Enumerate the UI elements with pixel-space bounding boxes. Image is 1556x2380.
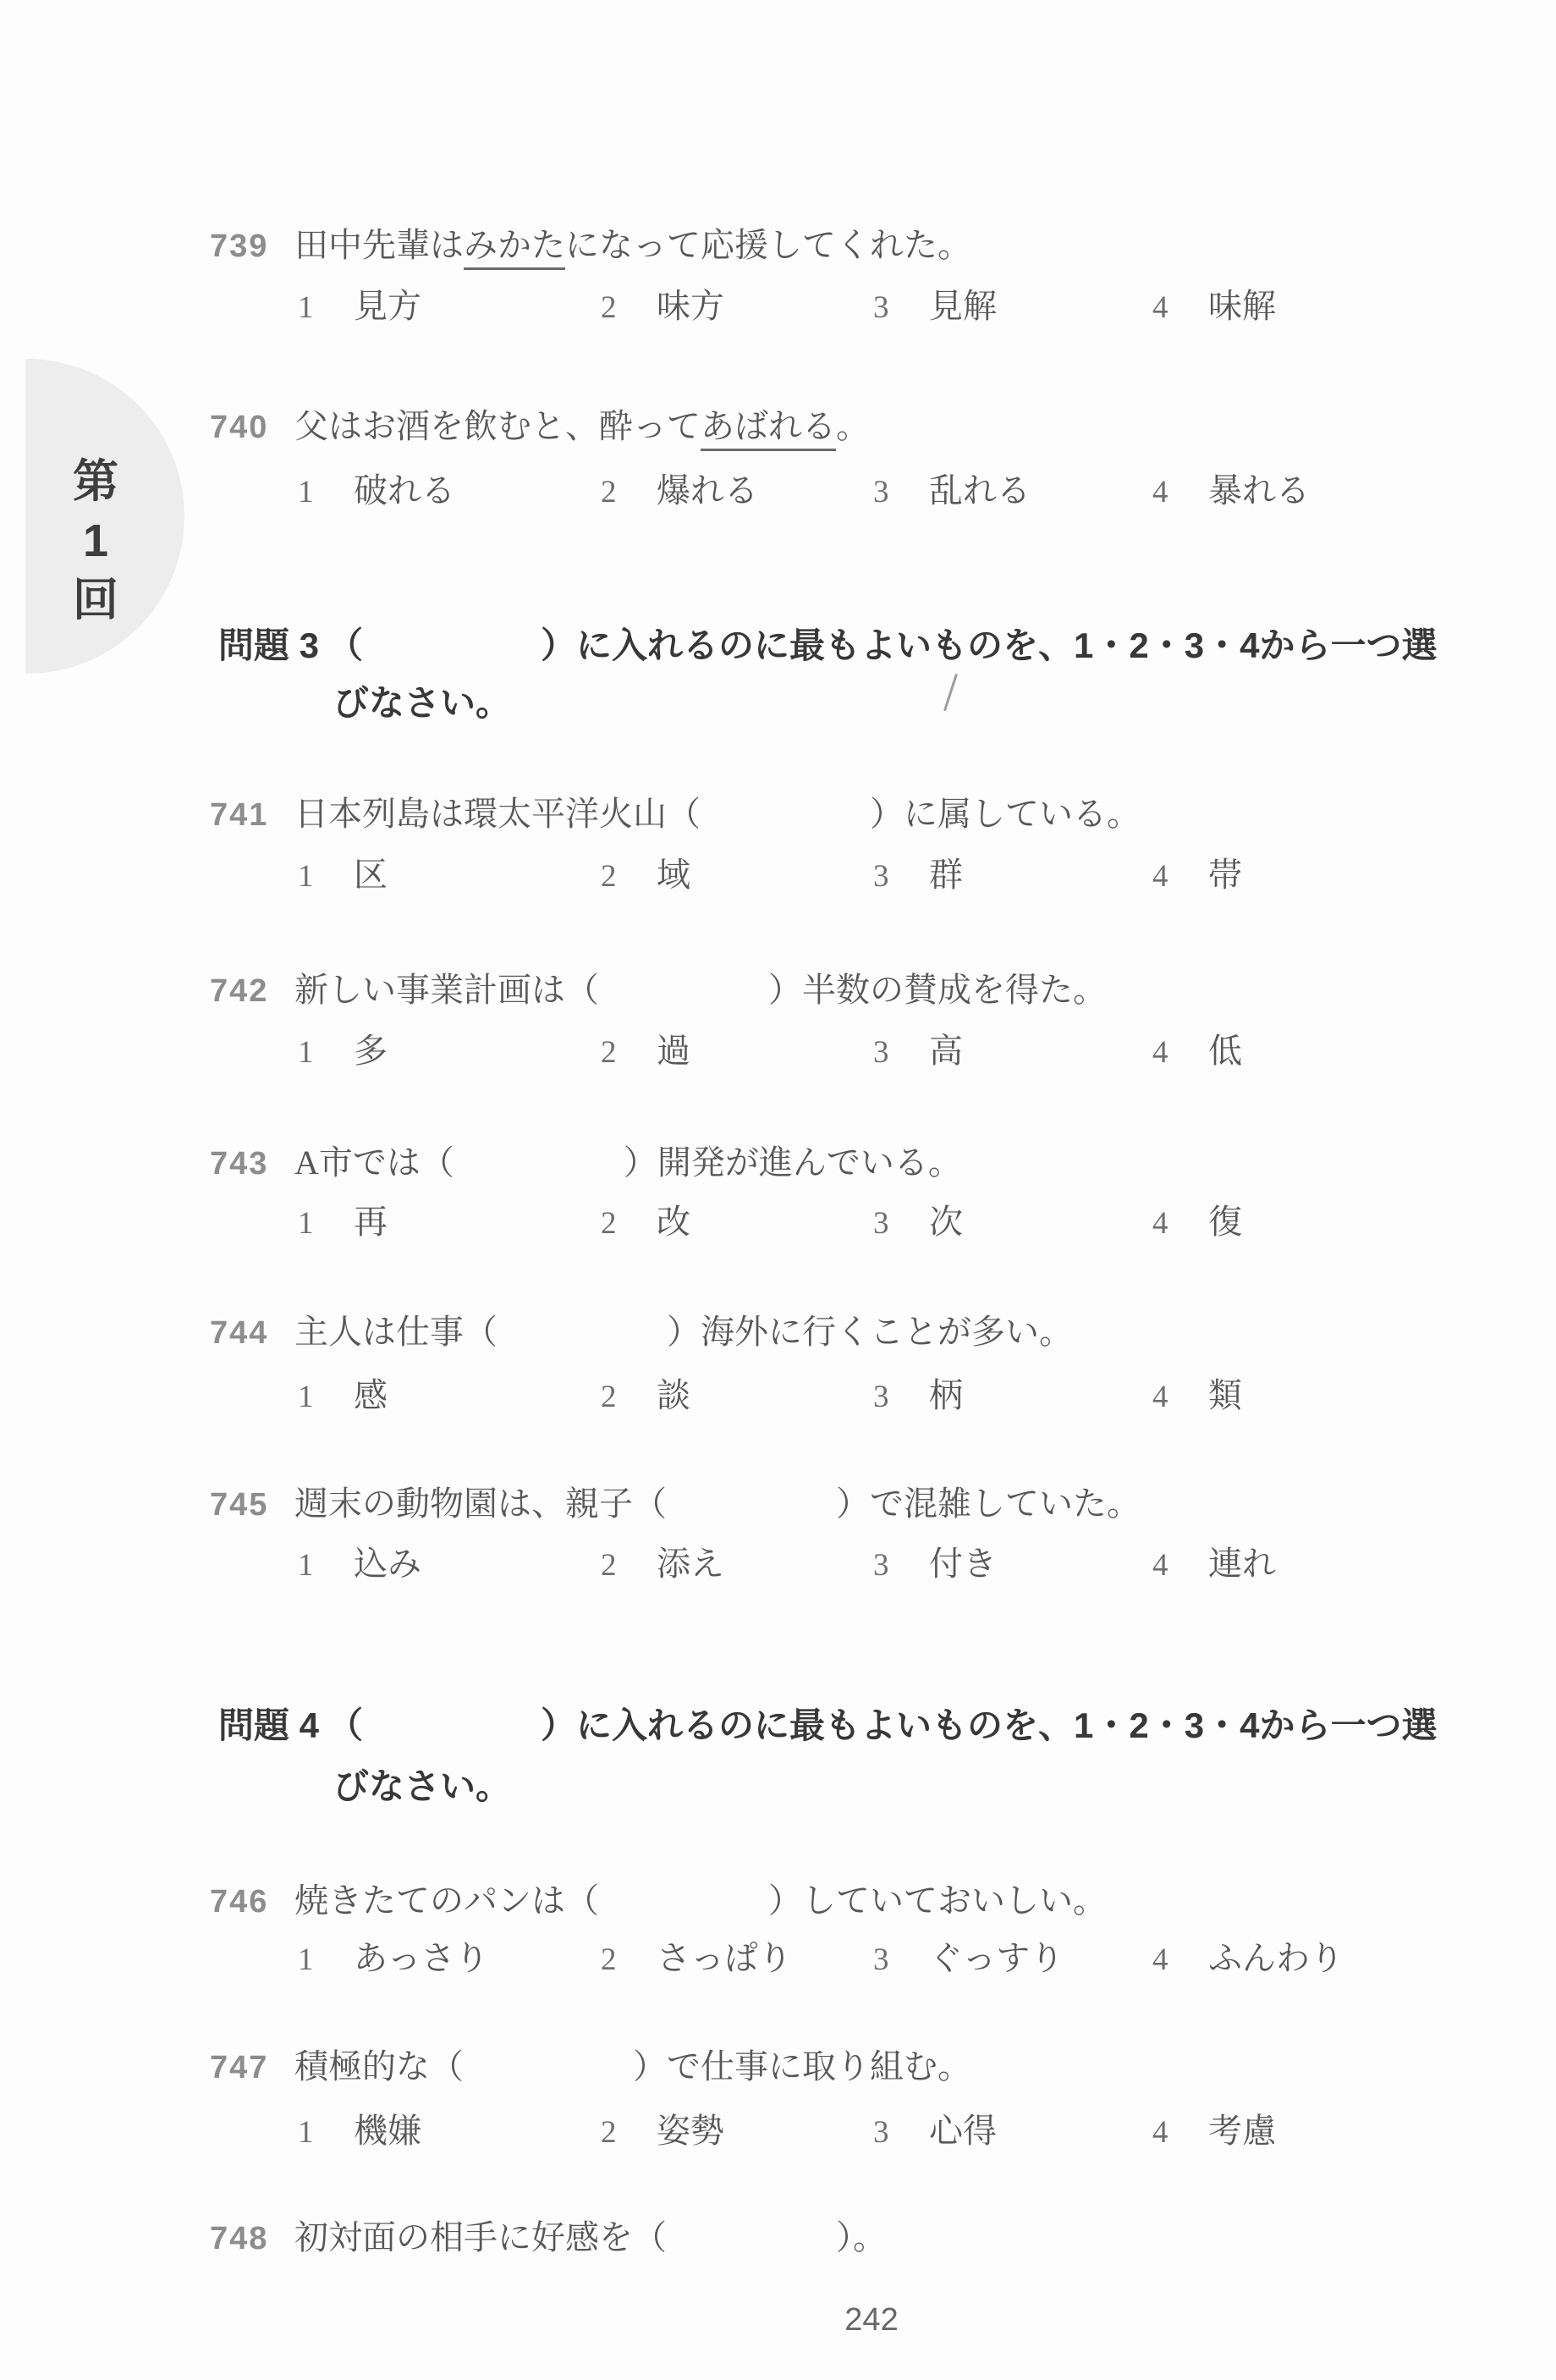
option-item: 3ぐっすり bbox=[873, 1938, 1152, 1979]
option-label: 再 bbox=[354, 1203, 388, 1241]
option-number: 1 bbox=[298, 1547, 354, 1584]
option-item: 3付き bbox=[873, 1544, 1152, 1584]
option-label: 帯 bbox=[1208, 856, 1242, 894]
heading-label: 問題 4 bbox=[218, 1705, 319, 1745]
question-text: になって応援してくれた。 bbox=[565, 226, 971, 264]
option-label: さっぱり bbox=[657, 1939, 792, 1977]
page-number: 242 bbox=[812, 2302, 931, 2339]
option-number: 4 bbox=[1152, 1034, 1208, 1072]
underlined-term: みかた bbox=[464, 226, 565, 270]
question-number: 746 bbox=[210, 1883, 294, 1922]
question-text: 週末の動物園は、親子（ ）で混雑していた。 bbox=[294, 1485, 1141, 1523]
section-heading-mondai3: 問題 3（ ）に入れるのに最もよいものを、1・2・3・4から一つ選 bbox=[218, 625, 1437, 667]
question-text: 日本列島は環太平洋火山（ ）に属している。 bbox=[294, 795, 1141, 833]
option-number: 4 bbox=[1152, 1379, 1208, 1416]
option-item: 3心得 bbox=[873, 2111, 1152, 2151]
option-label: 次 bbox=[929, 1203, 963, 1241]
options-row-741: 1区 2域 3群 4帯 bbox=[298, 855, 1242, 895]
option-item: 4暴れる bbox=[1152, 471, 1310, 511]
option-item: 4帯 bbox=[1152, 855, 1242, 895]
option-label: あっさり bbox=[354, 1939, 489, 1977]
option-label: 込み bbox=[354, 1545, 421, 1583]
question-747: 747積極的な（ ）で仕事に取り組む。 bbox=[210, 2047, 971, 2088]
option-number: 3 bbox=[873, 289, 929, 327]
question-text: 。 bbox=[836, 407, 870, 445]
option-number: 4 bbox=[1152, 1547, 1208, 1584]
option-label: 暴れる bbox=[1208, 471, 1310, 510]
question-text: 田中先輩は bbox=[294, 226, 464, 264]
question-746: 746焼きたてのパンは（ ）していておいしい。 bbox=[210, 1881, 1107, 1922]
question-text: 主人は仕事（ ）海外に行くことが多い。 bbox=[294, 1313, 1073, 1351]
option-label: 考慮 bbox=[1208, 2112, 1276, 2150]
option-label: 味解 bbox=[1208, 287, 1276, 325]
option-item: 1再 bbox=[298, 1202, 601, 1242]
option-item: 2味方 bbox=[601, 286, 873, 327]
option-item: 1多 bbox=[298, 1031, 601, 1072]
question-text: 新しい事業計画は（ ）半数の賛成を得た。 bbox=[294, 971, 1107, 1009]
option-number: 4 bbox=[1152, 1205, 1208, 1242]
option-label: 区 bbox=[354, 856, 388, 894]
option-number: 2 bbox=[601, 858, 657, 895]
question-744: 744主人は仕事（ ）海外に行くことが多い。 bbox=[210, 1312, 1073, 1353]
option-label: 乱れる bbox=[929, 471, 1031, 510]
option-label: 感 bbox=[354, 1376, 388, 1414]
option-label: 改 bbox=[657, 1203, 690, 1241]
options-row-740: 1破れる 2爆れる 3乱れる 4暴れる bbox=[298, 471, 1310, 511]
option-label: 見解 bbox=[929, 287, 997, 325]
option-label: 復 bbox=[1208, 1203, 1242, 1241]
question-text: 焼きたてのパンは（ ）していておいしい。 bbox=[294, 1881, 1107, 1920]
option-number: 2 bbox=[601, 2114, 657, 2151]
option-number: 1 bbox=[298, 1379, 354, 1416]
question-742: 742新しい事業計画は（ ）半数の賛成を得た。 bbox=[210, 970, 1107, 1011]
question-number: 744 bbox=[210, 1314, 294, 1353]
option-label: 連れ bbox=[1208, 1545, 1276, 1583]
option-label: ぐっすり bbox=[929, 1939, 1064, 1977]
option-number: 2 bbox=[601, 1547, 657, 1584]
tab-char: 回 bbox=[73, 570, 118, 630]
option-label: 柄 bbox=[929, 1376, 963, 1414]
heading-instruction-continuation: びなさい。 bbox=[333, 682, 511, 724]
option-item: 2さっぱり bbox=[601, 1938, 873, 1979]
option-label: 過 bbox=[657, 1032, 690, 1070]
options-row-745: 1込み 2添え 3付き 4連れ bbox=[298, 1544, 1276, 1584]
heading-instruction: （ ）に入れるのに最もよいものを、1・2・3・4から一つ選 bbox=[327, 625, 1437, 665]
heading-instruction-continuation: びなさい。 bbox=[333, 1766, 511, 1808]
option-item: 4ふんわり bbox=[1152, 1938, 1344, 1979]
option-label: 破れる bbox=[354, 471, 455, 510]
option-item: 4低 bbox=[1152, 1031, 1242, 1072]
option-item: 4復 bbox=[1152, 1202, 1242, 1242]
options-row-742: 1多 2過 3高 4低 bbox=[298, 1031, 1242, 1072]
question-739: 739田中先輩はみかたになって応援してくれた。 bbox=[210, 225, 971, 267]
option-item: 2過 bbox=[601, 1031, 873, 1072]
option-label: 姿勢 bbox=[657, 2112, 724, 2150]
option-label: ふんわり bbox=[1208, 1939, 1344, 1977]
option-number: 2 bbox=[601, 474, 657, 511]
question-text: 初対面の相手に好感を（ ）。 bbox=[294, 2218, 887, 2256]
option-item: 2姿勢 bbox=[601, 2111, 873, 2151]
option-item: 2爆れる bbox=[601, 471, 873, 511]
option-number: 1 bbox=[298, 858, 354, 895]
question-number: 740 bbox=[210, 409, 294, 448]
option-item: 2添え bbox=[601, 1544, 873, 1584]
option-number: 3 bbox=[873, 1942, 929, 1979]
option-item: 1感 bbox=[298, 1375, 601, 1416]
question-number: 742 bbox=[210, 972, 294, 1011]
option-item: 2談 bbox=[601, 1375, 873, 1416]
question-number: 748 bbox=[210, 2220, 294, 2259]
question-text: A市では（ ）開発が進んでいる。 bbox=[294, 1143, 962, 1182]
option-label: 高 bbox=[929, 1032, 963, 1070]
option-number: 4 bbox=[1152, 858, 1208, 895]
option-item: 2域 bbox=[601, 855, 873, 895]
option-number: 3 bbox=[873, 474, 929, 511]
option-number: 3 bbox=[873, 1034, 929, 1072]
option-label: 類 bbox=[1208, 1376, 1242, 1414]
option-number: 4 bbox=[1152, 2114, 1208, 2151]
option-number: 1 bbox=[298, 2114, 354, 2151]
option-label: 見方 bbox=[354, 287, 421, 325]
option-number: 2 bbox=[601, 1034, 657, 1072]
option-item: 3乱れる bbox=[873, 471, 1152, 511]
options-row-739: 1見方 2味方 3見解 4味解 bbox=[298, 286, 1276, 327]
option-item: 1機嫌 bbox=[298, 2111, 601, 2151]
option-item: 1区 bbox=[298, 855, 601, 895]
options-row-747: 1機嫌 2姿勢 3心得 4考慮 bbox=[298, 2111, 1276, 2151]
question-748: 748初対面の相手に好感を（ ）。 bbox=[210, 2217, 887, 2259]
option-label: 添え bbox=[657, 1545, 724, 1583]
option-item: 4味解 bbox=[1152, 286, 1276, 327]
option-number: 1 bbox=[298, 474, 354, 511]
options-row-746: 1あっさり 2さっぱり 3ぐっすり 4ふんわり bbox=[298, 1938, 1344, 1979]
question-741: 741日本列島は環太平洋火山（ ）に属している。 bbox=[210, 794, 1141, 835]
option-label: 群 bbox=[929, 856, 963, 894]
option-label: 機嫌 bbox=[354, 2112, 421, 2150]
option-number: 3 bbox=[873, 858, 929, 895]
underlined-term: あばれる bbox=[701, 407, 836, 451]
option-number: 4 bbox=[1152, 1942, 1208, 1979]
question-number: 747 bbox=[210, 2049, 294, 2088]
option-item: 1破れる bbox=[298, 471, 601, 511]
option-item: 2改 bbox=[601, 1202, 873, 1242]
option-number: 3 bbox=[873, 2114, 929, 2151]
option-item: 3群 bbox=[873, 855, 1152, 895]
heading-label: 問題 3 bbox=[218, 625, 319, 665]
option-label: 低 bbox=[1208, 1032, 1242, 1070]
section-heading-mondai4: 問題 4（ ）に入れるのに最もよいものを、1・2・3・4から一つ選 bbox=[218, 1705, 1437, 1747]
scan-stray-mark bbox=[943, 674, 958, 712]
option-label: 爆れる bbox=[657, 471, 758, 510]
option-label: 付き bbox=[929, 1545, 997, 1583]
option-number: 1 bbox=[298, 1205, 354, 1242]
question-number: 741 bbox=[210, 796, 294, 835]
question-number: 743 bbox=[210, 1145, 294, 1184]
option-item: 3高 bbox=[873, 1031, 1152, 1072]
tab-char: 第 bbox=[73, 452, 118, 511]
options-row-743: 1再 2改 3次 4復 bbox=[298, 1202, 1242, 1242]
option-item: 1あっさり bbox=[298, 1938, 601, 1979]
option-number: 2 bbox=[601, 1379, 657, 1416]
option-item: 3見解 bbox=[873, 286, 1152, 327]
option-item: 3柄 bbox=[873, 1375, 1152, 1416]
option-number: 2 bbox=[601, 289, 657, 327]
question-743: 743A市では（ ）開発が進んでいる。 bbox=[210, 1143, 962, 1184]
option-label: 味方 bbox=[657, 287, 724, 325]
question-745: 745週末の動物園は、親子（ ）で混雑していた。 bbox=[210, 1484, 1141, 1525]
option-label: 域 bbox=[657, 856, 690, 894]
options-row-744: 1感 2談 3柄 4類 bbox=[298, 1375, 1242, 1416]
question-text: 積極的な（ ）で仕事に取り組む。 bbox=[294, 2047, 971, 2085]
option-label: 心得 bbox=[929, 2112, 997, 2150]
option-label: 談 bbox=[657, 1376, 690, 1414]
option-number: 2 bbox=[601, 1205, 657, 1242]
option-item: 4考慮 bbox=[1152, 2111, 1276, 2151]
option-item: 4連れ bbox=[1152, 1544, 1276, 1584]
heading-instruction: （ ）に入れるのに最もよいものを、1・2・3・4から一つ選 bbox=[327, 1705, 1437, 1745]
chapter-tab-dai-1-kai: 第 1 回 bbox=[69, 452, 122, 630]
option-number: 3 bbox=[873, 1547, 929, 1584]
option-item: 1見方 bbox=[298, 286, 601, 327]
question-number: 739 bbox=[210, 228, 294, 267]
option-number: 4 bbox=[1152, 289, 1208, 327]
option-number: 3 bbox=[873, 1379, 929, 1416]
option-item: 1込み bbox=[298, 1544, 601, 1584]
option-number: 2 bbox=[601, 1942, 657, 1979]
question-number: 745 bbox=[210, 1486, 294, 1525]
option-number: 1 bbox=[298, 289, 354, 327]
option-item: 4類 bbox=[1152, 1375, 1242, 1416]
option-number: 1 bbox=[298, 1034, 354, 1072]
tab-char: 1 bbox=[83, 511, 108, 570]
option-label: 多 bbox=[354, 1032, 388, 1070]
question-text: 父はお酒を飲むと、酔って bbox=[294, 407, 701, 445]
option-item: 3次 bbox=[873, 1202, 1152, 1242]
option-number: 3 bbox=[873, 1205, 929, 1242]
option-number: 1 bbox=[298, 1942, 354, 1979]
question-740: 740父はお酒を飲むと、酔ってあばれる。 bbox=[210, 406, 870, 448]
option-number: 4 bbox=[1152, 474, 1208, 511]
